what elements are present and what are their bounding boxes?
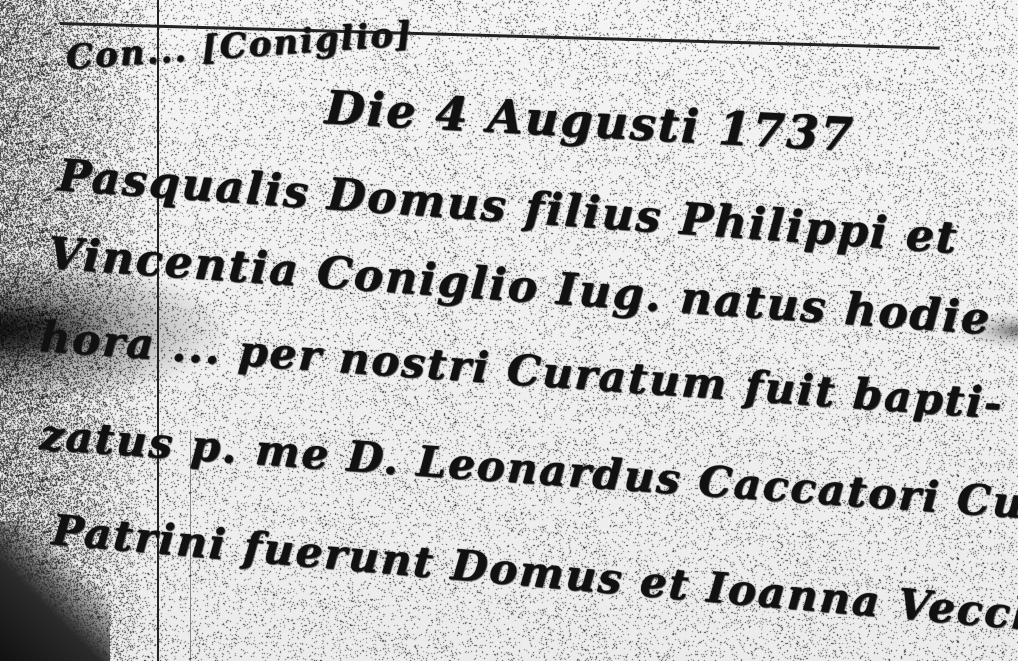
manuscript-page: Con... [Coniglio] Die 4 Augusti 1737 Pas… (0, 0, 1018, 661)
